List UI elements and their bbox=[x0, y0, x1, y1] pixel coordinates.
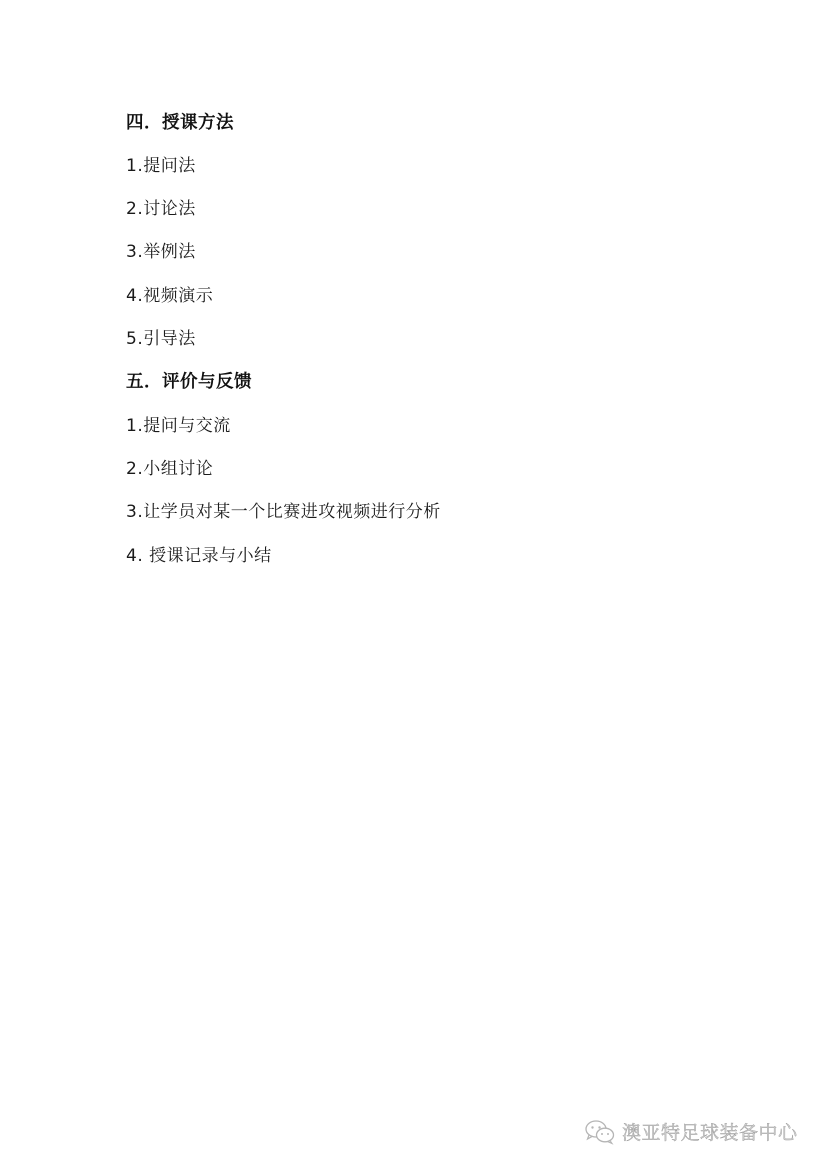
list-item: 2.小组讨论 bbox=[126, 458, 213, 480]
list-item: 1.提问与交流 bbox=[126, 415, 231, 437]
list-item: 4. 授课记录与小结 bbox=[126, 545, 272, 567]
wechat-icon bbox=[584, 1119, 616, 1145]
list-item: 3.举例法 bbox=[126, 241, 196, 263]
watermark: 澳亚特足球装备中心 bbox=[584, 1118, 798, 1145]
list-item: 2.讨论法 bbox=[126, 198, 196, 220]
list-item: 1.提问法 bbox=[126, 155, 196, 177]
document-page: 四．授课方法 1.提问法 2.讨论法 3.举例法 4.视频演示 5.引导法 五．… bbox=[0, 0, 827, 1169]
list-item: 3.让学员对某一个比赛进攻视频进行分析 bbox=[126, 501, 441, 523]
list-item: 5.引导法 bbox=[126, 328, 196, 350]
watermark-text: 澳亚特足球装备中心 bbox=[622, 1118, 798, 1145]
section-heading-teaching-methods: 四．授课方法 bbox=[126, 112, 234, 134]
list-item: 4.视频演示 bbox=[126, 285, 213, 307]
section-heading-evaluation-feedback: 五．评价与反馈 bbox=[126, 371, 252, 393]
